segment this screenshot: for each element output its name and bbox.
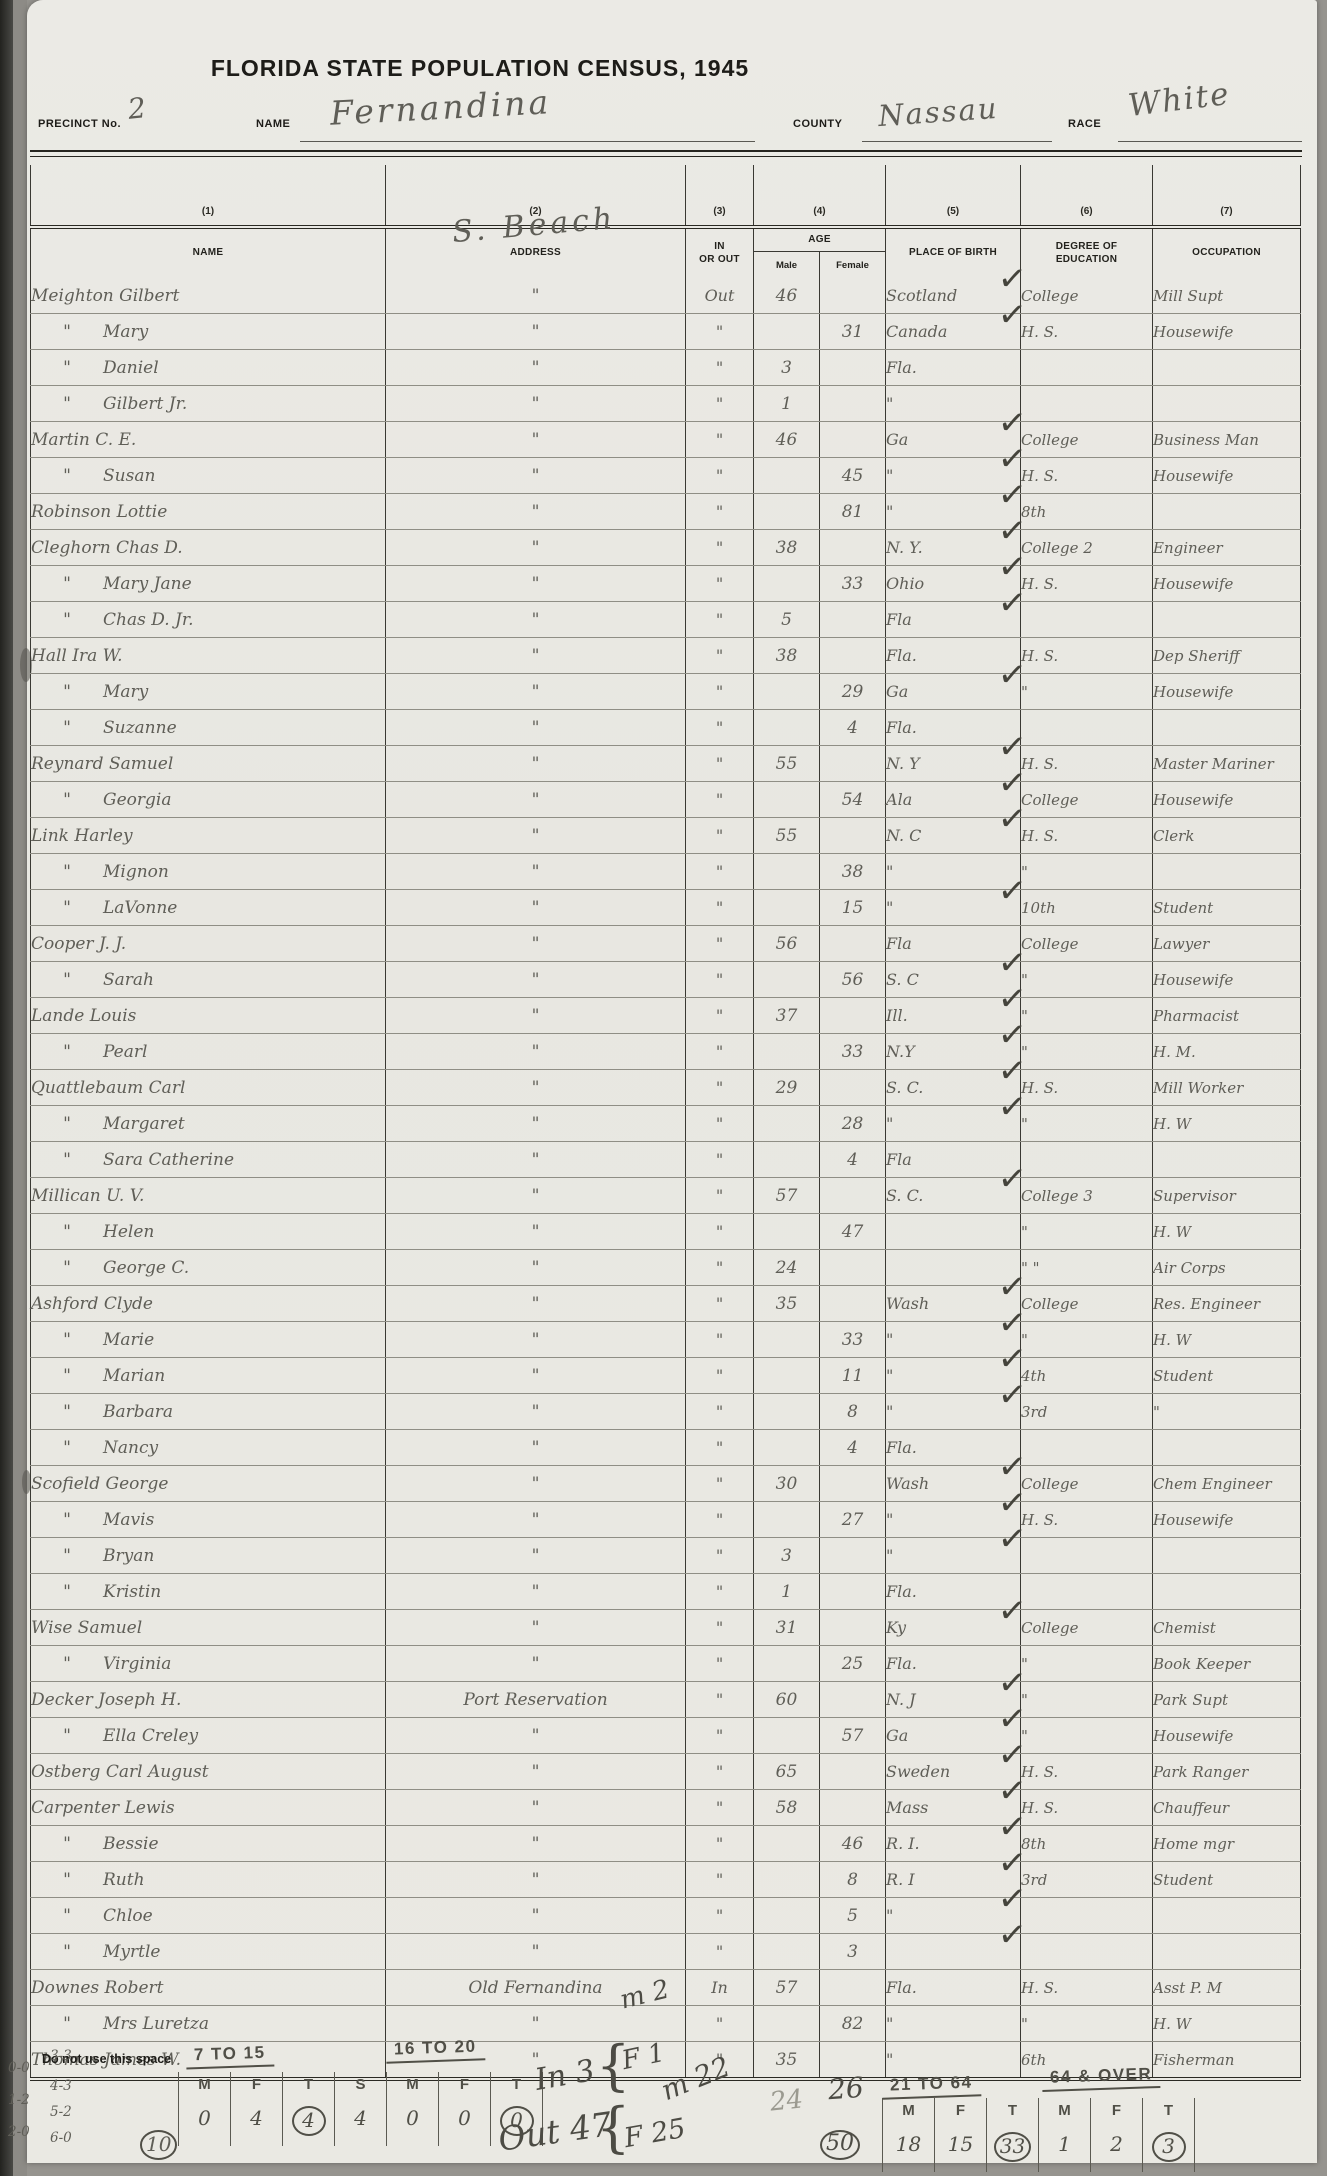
- cell-address: ": [386, 926, 686, 962]
- cell-name: Lande Louis: [31, 998, 386, 1034]
- cell-male: 57: [754, 1178, 820, 1214]
- checkmark-icon: ✓: [996, 1305, 1028, 1342]
- cell-female: [820, 818, 886, 854]
- cell-address: ": [386, 1106, 686, 1142]
- cell-io: ": [686, 1070, 754, 1106]
- tally-value: 18: [882, 2126, 935, 2172]
- cell-io: ": [686, 1142, 754, 1178]
- table-row: "Chloe""5"✓: [31, 1898, 1301, 1934]
- cell-occ: Housewife: [1153, 962, 1301, 998]
- table-row: Quattlebaum Carl""29S. C.✓H. S.Mill Work…: [31, 1070, 1301, 1106]
- cell-birth: Fla✓: [886, 602, 1021, 638]
- cell-address: ": [386, 278, 686, 314]
- cell-io: ": [686, 818, 754, 854]
- header-name: NAME: [31, 227, 386, 278]
- header-in-or-out: IN OR OUT: [686, 227, 754, 278]
- cell-name: "Suzanne: [31, 710, 386, 746]
- cell-female: 11: [820, 1358, 886, 1394]
- cell-io: ": [686, 1682, 754, 1718]
- tally-group-64-over-label: 64 & OVER: [1042, 2064, 1161, 2092]
- table-row: "Nancy""4Fla.: [31, 1430, 1301, 1466]
- cell-address: ": [386, 998, 686, 1034]
- cell-occ: Book Keeper: [1153, 1646, 1301, 1682]
- cell-occ: H. W: [1153, 1322, 1301, 1358]
- cell-name: Reynard Samuel: [31, 746, 386, 782]
- cell-occ: Housewife: [1153, 1502, 1301, 1538]
- county-label: COUNTY: [793, 118, 842, 130]
- cell-io: ": [686, 350, 754, 386]
- checkmark-icon: ✓: [996, 1089, 1028, 1126]
- cell-edu: College: [1021, 278, 1153, 314]
- cell-address: ": [386, 1142, 686, 1178]
- cell-edu: [1021, 602, 1153, 638]
- cell-name: "Gilbert Jr.: [31, 386, 386, 422]
- cell-name: "Myrtle: [31, 1934, 386, 1970]
- cell-io: ": [686, 890, 754, 926]
- header-rule: [30, 150, 1302, 157]
- margin-note: 4-3: [50, 2078, 72, 2094]
- cell-address: ": [386, 1466, 686, 1502]
- cell-occ: H. W: [1153, 1106, 1301, 1142]
- table-row: "Pearl""33N.Y✓"H. M.: [31, 1034, 1301, 1070]
- cell-male: [754, 494, 820, 530]
- cell-male: [754, 2006, 820, 2042]
- cell-name: "Daniel: [31, 350, 386, 386]
- cell-io: ": [686, 1394, 754, 1430]
- cell-male: [754, 566, 820, 602]
- table-row: "Mary""31Canada✓H. S.Housewife: [31, 314, 1301, 350]
- cell-male: 46: [754, 278, 820, 314]
- cell-address: ": [386, 386, 686, 422]
- table-row: "Barbara""8"✓3rd": [31, 1394, 1301, 1430]
- cell-female: 29: [820, 674, 886, 710]
- header-education: DEGREE OF EDUCATION: [1021, 227, 1153, 278]
- tally-value: 4: [283, 2100, 335, 2146]
- cell-male: 60: [754, 1682, 820, 1718]
- cell-female: 47: [820, 1214, 886, 1250]
- cell-address: ": [386, 1574, 686, 1610]
- cell-male: [754, 1430, 820, 1466]
- col-num-1: (1): [31, 165, 386, 227]
- cell-male: 57: [754, 1970, 820, 2006]
- tally-value: 3: [1143, 2126, 1195, 2172]
- cell-io: ": [686, 458, 754, 494]
- cell-male: 35: [754, 2042, 820, 2080]
- cell-female: 4: [820, 710, 886, 746]
- precinct-label: PRECINCT No.: [38, 118, 121, 130]
- cell-edu: ": [1021, 2006, 1153, 2042]
- tally-column-letter: T: [987, 2098, 1039, 2126]
- cell-occ: Housewife: [1153, 782, 1301, 818]
- table-row: Ostberg Carl August""65Sweden✓H. S.Park …: [31, 1754, 1301, 1790]
- checkmark-icon: ✓: [996, 1593, 1028, 1630]
- cell-edu: College: [1021, 422, 1153, 458]
- cell-edu: College: [1021, 782, 1153, 818]
- cell-io: ": [686, 1790, 754, 1826]
- cell-birth: S. C.✓: [886, 1178, 1021, 1214]
- tally-value: 0: [387, 2100, 439, 2146]
- cell-male: [754, 1646, 820, 1682]
- cell-female: 45: [820, 458, 886, 494]
- checkmark-icon: ✓: [996, 441, 1028, 478]
- table-row: Hall Ira W.""38Fla.H. S.Dep Sheriff: [31, 638, 1301, 674]
- checkmark-icon: ✓: [996, 405, 1028, 442]
- cell-edu: [1021, 386, 1153, 422]
- cell-address: ": [386, 1826, 686, 1862]
- tally-value: 0: [178, 2100, 231, 2146]
- cell-occ: Air Corps: [1153, 1250, 1301, 1286]
- cell-occ: Housewife: [1153, 1718, 1301, 1754]
- cell-occ: Mill Supt: [1153, 278, 1301, 314]
- margin-total: 10: [140, 2130, 177, 2160]
- cell-male: 35: [754, 1286, 820, 1322]
- table-row: "Bessie""46R. I.✓8thHome mgr: [31, 1826, 1301, 1862]
- cell-name: Downes Robert: [31, 1970, 386, 2006]
- cell-female: 81: [820, 494, 886, 530]
- cell-birth: Ky✓: [886, 1610, 1021, 1646]
- cell-address: ": [386, 854, 686, 890]
- tally-value: 4: [231, 2100, 283, 2146]
- table-row: "Gilbert Jr.""1": [31, 386, 1301, 422]
- margin-note: 6-0: [50, 2130, 72, 2146]
- tally-7-20: 7 TO 15 16 TO 20 MFTSMFT 0444000: [178, 2044, 543, 2146]
- cell-edu: ": [1021, 674, 1153, 710]
- cell-io: ": [686, 1574, 754, 1610]
- tally-column-letter: M: [178, 2072, 231, 2100]
- cell-edu: [1021, 350, 1153, 386]
- cell-female: 4: [820, 1142, 886, 1178]
- cell-address: ": [386, 1322, 686, 1358]
- cell-io: ": [686, 1898, 754, 1934]
- cell-female: 25: [820, 1646, 886, 1682]
- checkmark-icon: ✓: [996, 801, 1028, 838]
- cell-female: [820, 638, 886, 674]
- cell-address: ": [386, 314, 686, 350]
- checkmark-icon: ✓: [996, 1809, 1028, 1846]
- table-row: "George C.""24" "Air Corps: [31, 1250, 1301, 1286]
- cell-edu: H. S.: [1021, 638, 1153, 674]
- column-number-row: (1) (2) (3) (4) (5) (6) (7): [31, 165, 1301, 227]
- table-row: "Helen""47"H. W: [31, 1214, 1301, 1250]
- table-row: Ashford Clyde""35Wash✓CollegeRes. Engine…: [31, 1286, 1301, 1322]
- cell-female: 27: [820, 1502, 886, 1538]
- cell-address: ": [386, 638, 686, 674]
- tally-column-letter: T: [283, 2072, 335, 2100]
- cell-edu: [1021, 710, 1153, 746]
- cell-name: "LaVonne: [31, 890, 386, 926]
- tally-value: 1: [1039, 2126, 1091, 2172]
- table-row: "Ruth""8R. I✓3rdStudent: [31, 1862, 1301, 1898]
- cell-edu: H. S.: [1021, 1790, 1153, 1826]
- cell-male: [754, 890, 820, 926]
- cell-male: [754, 1718, 820, 1754]
- cell-io: ": [686, 1754, 754, 1790]
- tally-value: 4: [335, 2100, 387, 2146]
- cell-male: 65: [754, 1754, 820, 1790]
- cell-male: 1: [754, 386, 820, 422]
- header-education-line2: EDUCATION: [1056, 254, 1117, 265]
- header-female: Female: [820, 252, 886, 279]
- cell-name: Carpenter Lewis: [31, 1790, 386, 1826]
- tally-value: 33: [987, 2126, 1039, 2172]
- cell-edu: H. S.: [1021, 1070, 1153, 1106]
- cell-address: ": [386, 1862, 686, 1898]
- cell-edu: 3rd: [1021, 1862, 1153, 1898]
- cell-name: "Pearl: [31, 1034, 386, 1070]
- cell-name: Hall Ira W.: [31, 638, 386, 674]
- header-age: AGE: [754, 227, 886, 252]
- cell-name: "Barbara: [31, 1394, 386, 1430]
- cell-address: ": [386, 1898, 686, 1934]
- cell-io: ": [686, 1214, 754, 1250]
- cell-female: [820, 1286, 886, 1322]
- cell-birth: "✓: [886, 890, 1021, 926]
- cell-male: [754, 674, 820, 710]
- grand-total-note: 50: [820, 2130, 860, 2160]
- cell-female: 15: [820, 890, 886, 926]
- cell-edu: ": [1021, 1214, 1153, 1250]
- cell-name: Meighton Gilbert: [31, 278, 386, 314]
- cell-male: [754, 1142, 820, 1178]
- cell-edu: H. S.: [1021, 566, 1153, 602]
- col-num-7: (7): [1153, 165, 1301, 227]
- cell-address: ": [386, 1250, 686, 1286]
- cell-address: ": [386, 1358, 686, 1394]
- cell-male: [754, 782, 820, 818]
- cell-edu: H. S.: [1021, 1502, 1153, 1538]
- checkmark-icon: ✓: [996, 297, 1028, 334]
- checkmark-icon: ✓: [996, 1737, 1028, 1774]
- cell-occ: Home mgr: [1153, 1826, 1301, 1862]
- cell-female: [820, 1466, 886, 1502]
- cell-io: ": [686, 2006, 754, 2042]
- cell-birth: [886, 1214, 1021, 1250]
- tally-column-letter: F: [1091, 2098, 1143, 2126]
- cell-name: "Sara Catherine: [31, 1142, 386, 1178]
- cell-io: ": [686, 602, 754, 638]
- cell-male: 1: [754, 1574, 820, 1610]
- margin-note: 0-0: [8, 2060, 30, 2076]
- cell-occ: [1153, 854, 1301, 890]
- cell-occ: [1153, 1898, 1301, 1934]
- cell-edu: [1021, 1430, 1153, 1466]
- cell-female: [820, 1970, 886, 2006]
- cell-address: ": [386, 1646, 686, 1682]
- cell-male: [754, 1862, 820, 1898]
- cell-birth: Canada✓: [886, 314, 1021, 350]
- cell-edu: College 2: [1021, 530, 1153, 566]
- checkmark-icon: ✓: [996, 657, 1028, 694]
- cell-io: ": [686, 1502, 754, 1538]
- cell-female: 38: [820, 854, 886, 890]
- cell-female: 82: [820, 2006, 886, 2042]
- table-row: "Virginia""25Fla."Book Keeper: [31, 1646, 1301, 1682]
- tally1-letters: MFTSMFT: [178, 2072, 543, 2100]
- cell-male: 37: [754, 998, 820, 1034]
- race-label: RACE: [1068, 118, 1101, 130]
- cell-occ: Clerk: [1153, 818, 1301, 854]
- cell-male: 38: [754, 638, 820, 674]
- table-row: Carpenter Lewis""58Mass✓H. S.Chauffeur: [31, 1790, 1301, 1826]
- cell-occ: Park Ranger: [1153, 1754, 1301, 1790]
- cell-edu: H. S.: [1021, 314, 1153, 350]
- cell-edu: 10th: [1021, 890, 1153, 926]
- table-row: Cooper J. J.""56FlaCollegeLawyer: [31, 926, 1301, 962]
- header-education-line1: DEGREE OF: [1056, 241, 1118, 252]
- table-row: "Marian""11"✓4thStudent: [31, 1358, 1301, 1394]
- cell-female: [820, 422, 886, 458]
- checkmark-icon: ✓: [996, 1269, 1028, 1306]
- checkmark-icon: ✓: [996, 549, 1028, 586]
- cell-name: Quattlebaum Carl: [31, 1070, 386, 1106]
- cell-female: [820, 746, 886, 782]
- header-in-line2: OR OUT: [699, 254, 740, 265]
- cell-io: ": [686, 1322, 754, 1358]
- table-row: "Mary""29Ga✓"Housewife: [31, 674, 1301, 710]
- cell-female: 4: [820, 1430, 886, 1466]
- cell-io: ": [686, 422, 754, 458]
- cell-birth: Ga✓: [886, 674, 1021, 710]
- cell-address: ": [386, 530, 686, 566]
- cell-name: "Georgia: [31, 782, 386, 818]
- table-row: "Daniel""3Fla.: [31, 350, 1301, 386]
- cell-address: ": [386, 710, 686, 746]
- cell-female: [820, 998, 886, 1034]
- cell-female: [820, 1754, 886, 1790]
- checkmark-icon: ✓: [996, 1161, 1028, 1198]
- cell-name: "Sarah: [31, 962, 386, 998]
- cell-name: "Ruth: [31, 1862, 386, 1898]
- tally-column-letter: M: [882, 2098, 935, 2126]
- cell-edu: College: [1021, 1610, 1153, 1646]
- cell-name: "George C.: [31, 1250, 386, 1286]
- tally-column-letter: F: [935, 2098, 987, 2126]
- tally-column-letter: F: [231, 2072, 283, 2100]
- cell-edu: [1021, 1898, 1153, 1934]
- cell-occ: [1153, 350, 1301, 386]
- cell-edu: College: [1021, 926, 1153, 962]
- race-underline: [1118, 141, 1302, 142]
- table-row: "Georgia""54Ala✓CollegeHousewife: [31, 782, 1301, 818]
- cell-address: ": [386, 1034, 686, 1070]
- cell-female: 33: [820, 566, 886, 602]
- table-row: "Kristin""1Fla.: [31, 1574, 1301, 1610]
- cell-female: [820, 530, 886, 566]
- cell-female: 33: [820, 1322, 886, 1358]
- cell-occ: [1153, 1934, 1301, 1970]
- cell-edu: H. S.: [1021, 1754, 1153, 1790]
- col-num-6: (6): [1021, 165, 1153, 227]
- cell-female: [820, 1070, 886, 1106]
- cell-io: ": [686, 1862, 754, 1898]
- cell-occ: [1153, 386, 1301, 422]
- table-row: "Mary Jane""33Ohio✓H. S.Housewife: [31, 566, 1301, 602]
- cell-edu: ": [1021, 1646, 1153, 1682]
- tally-group-21-64-label: 21 TO 64: [882, 2072, 981, 2099]
- cell-edu: H. S.: [1021, 746, 1153, 782]
- cell-name: Ashford Clyde: [31, 1286, 386, 1322]
- cell-name: Cooper J. J.: [31, 926, 386, 962]
- cell-occ: Supervisor: [1153, 1178, 1301, 1214]
- cell-name: "Helen: [31, 1214, 386, 1250]
- cell-occ: Housewife: [1153, 314, 1301, 350]
- precinct-value: 2: [126, 91, 147, 126]
- cell-name: "Mrs Luretza: [31, 2006, 386, 2042]
- cell-address: Port Reservation: [386, 1682, 686, 1718]
- cell-edu: 3rd: [1021, 1394, 1153, 1430]
- header-in-line1: IN: [714, 241, 725, 252]
- cell-name: "Virginia: [31, 1646, 386, 1682]
- cell-occ: Pharmacist: [1153, 998, 1301, 1034]
- cell-male: 55: [754, 818, 820, 854]
- cell-io: ": [686, 1430, 754, 1466]
- cell-name: "Bessie: [31, 1826, 386, 1862]
- cell-male: [754, 1358, 820, 1394]
- cell-address: ": [386, 674, 686, 710]
- cell-name: "Chloe: [31, 1898, 386, 1934]
- cell-address: ": [386, 1934, 686, 1970]
- tally-value: 2: [1091, 2126, 1143, 2172]
- cell-occ: Housewife: [1153, 674, 1301, 710]
- col-num-4: (4): [754, 165, 886, 227]
- cell-address: ": [386, 566, 686, 602]
- header-male: Male: [754, 252, 820, 279]
- cell-io: ": [686, 1034, 754, 1070]
- cell-address: ": [386, 1178, 686, 1214]
- cell-female: 3: [820, 1934, 886, 1970]
- cell-edu: ": [1021, 998, 1153, 1034]
- cell-address: ": [386, 422, 686, 458]
- cell-name: Martin C. E.: [31, 422, 386, 458]
- tally1-values: 0444000: [178, 2100, 543, 2146]
- tally-group-16-20-label: 16 TO 20: [386, 2036, 485, 2063]
- cell-name: "Marian: [31, 1358, 386, 1394]
- cell-io: Out: [686, 278, 754, 314]
- cell-edu: College 3: [1021, 1178, 1153, 1214]
- cell-female: [820, 1574, 886, 1610]
- cell-male: [754, 1106, 820, 1142]
- cell-occ: Asst P. M: [1153, 1970, 1301, 2006]
- cell-female: 54: [820, 782, 886, 818]
- cell-io: ": [686, 1286, 754, 1322]
- cell-io: ": [686, 1358, 754, 1394]
- cell-name: Decker Joseph H.: [31, 1682, 386, 1718]
- cell-occ: [1153, 1538, 1301, 1574]
- cell-occ: [1153, 1430, 1301, 1466]
- cell-name: Cleghorn Chas D.: [31, 530, 386, 566]
- cell-birth: Fla.: [886, 1970, 1021, 2006]
- cell-birth: "✓: [886, 1538, 1021, 1574]
- tally-group-7-15-label: 7 TO 15: [186, 2042, 274, 2069]
- cell-name: "Kristin: [31, 1574, 386, 1610]
- checkmark-icon: ✓: [996, 1701, 1028, 1738]
- cell-edu: ": [1021, 1718, 1153, 1754]
- cell-edu: ": [1021, 1034, 1153, 1070]
- checkmark-icon: ✓: [996, 513, 1028, 550]
- table-row: Link Harley""55N. C✓H. S.Clerk: [31, 818, 1301, 854]
- cell-female: [820, 350, 886, 386]
- table-row: Lande Louis""37Ill.✓"Pharmacist: [31, 998, 1301, 1034]
- cell-occ: H. W: [1153, 1214, 1301, 1250]
- tally-value: 15: [935, 2126, 987, 2172]
- cell-female: [820, 1250, 886, 1286]
- margin-note: 2-0: [8, 2124, 30, 2140]
- table-row: Martin C. E.""46Ga✓CollegeBusiness Man: [31, 422, 1301, 458]
- cell-address: ": [386, 1070, 686, 1106]
- cell-female: 28: [820, 1106, 886, 1142]
- cell-address: ": [386, 1718, 686, 1754]
- cell-edu: [1021, 1538, 1153, 1574]
